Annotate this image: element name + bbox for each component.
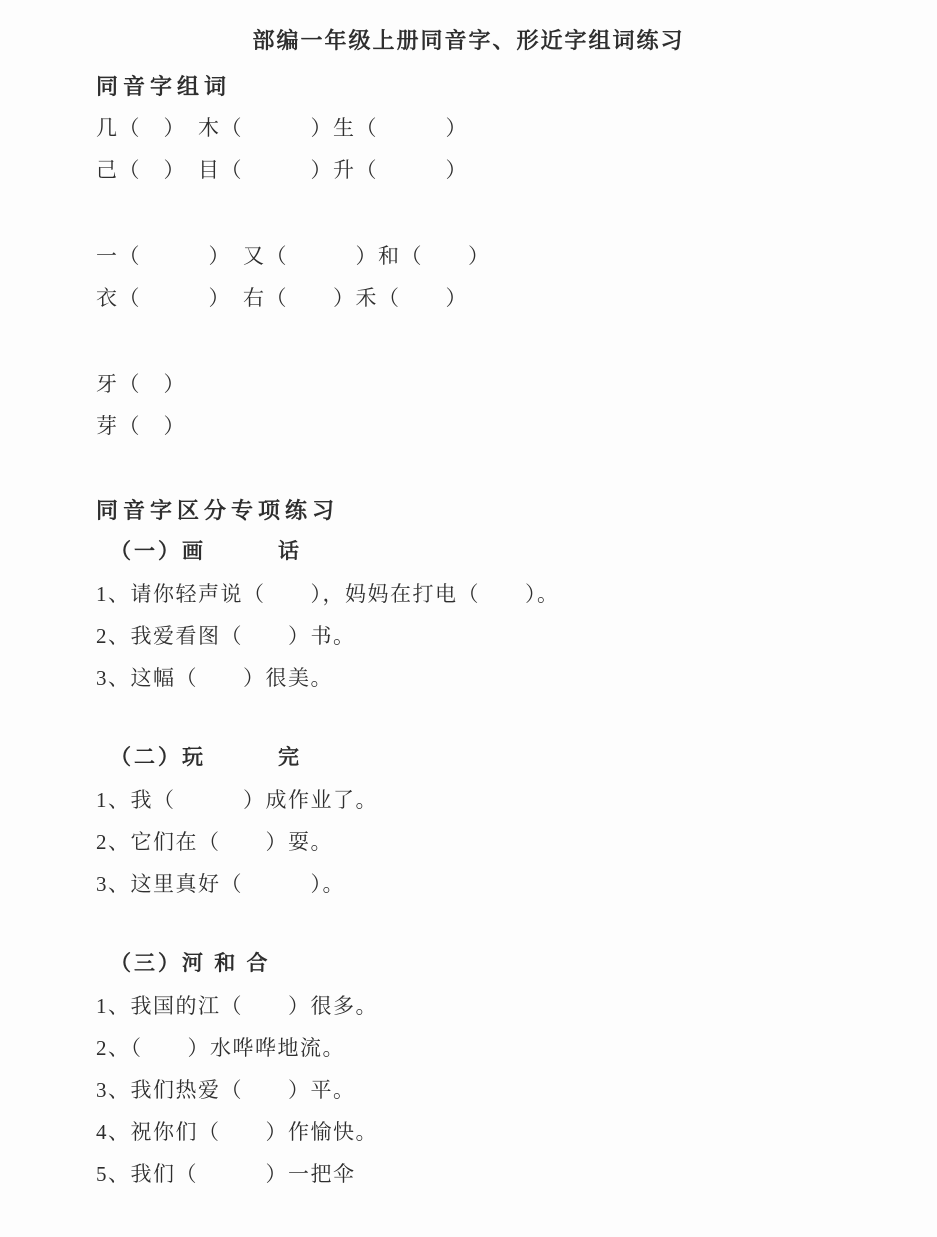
word-group-ya: 牙（ ） 芽（ ）	[96, 362, 877, 446]
section-heading-homophone-words: 同音字组词	[96, 74, 877, 100]
subsection-he: （三）河 和 合 1、我国的江（ ）很多。 2、（ ）水哗哗地流。 3、我们热爱…	[96, 950, 877, 1194]
word-group-yi: 一（ ） 又（ ）和（ ） 衣（ ） 右（ ）禾（ ）	[96, 234, 877, 318]
exercise-item: 1、我（ ）成作业了。	[96, 778, 877, 820]
exercise-item: 3、这里真好（ ）。	[96, 862, 877, 904]
page-title: 部编一年级上册同音字、形近字组词练习	[0, 28, 937, 54]
exercise-item: 4、祝你们（ ）作愉快。	[96, 1110, 877, 1152]
subsection-title: （三）河 和 合	[110, 950, 877, 976]
section-heading-homophone-practice: 同音字区分专项练习	[96, 498, 877, 524]
exercise-item: 1、我国的江（ ）很多。	[96, 984, 877, 1026]
exercise-item: 3、这幅（ ）很美。	[96, 656, 877, 698]
exercise-item: 2、我爱看图（ ）书。	[96, 614, 877, 656]
subsection-hua: （一）画 话 1、请你轻声说（ ），妈妈在打电（ ）。 2、我爱看图（ ）书。 …	[96, 538, 877, 698]
subsection-title: （一）画 话	[110, 538, 877, 564]
worksheet-page: 部编一年级上册同音字、形近字组词练习 同音字组词 几（ ） 木（ ）生（ ） 己…	[0, 0, 937, 1237]
word-row: 衣（ ） 右（ ）禾（ ）	[96, 276, 877, 318]
word-row: 几（ ） 木（ ）生（ ）	[96, 106, 877, 148]
word-row: 一（ ） 又（ ）和（ ）	[96, 234, 877, 276]
subsection-wan: （二）玩 完 1、我（ ）成作业了。 2、它们在（ ）耍。 3、这里真好（ ）。	[96, 744, 877, 904]
exercise-item: 5、我们（ ）一把伞	[96, 1152, 877, 1194]
word-row: 己（ ） 目（ ）升（ ）	[96, 148, 877, 190]
word-group-ji: 几（ ） 木（ ）生（ ） 己（ ） 目（ ）升（ ）	[96, 106, 877, 190]
exercise-item: 2、（ ）水哗哗地流。	[96, 1026, 877, 1068]
exercise-item: 1、请你轻声说（ ），妈妈在打电（ ）。	[96, 572, 877, 614]
word-row: 牙（ ）	[96, 362, 877, 404]
exercise-item: 2、它们在（ ）耍。	[96, 820, 877, 862]
exercise-item: 3、我们热爱（ ）平。	[96, 1068, 877, 1110]
word-row: 芽（ ）	[96, 404, 877, 446]
subsection-title: （二）玩 完	[110, 744, 877, 770]
